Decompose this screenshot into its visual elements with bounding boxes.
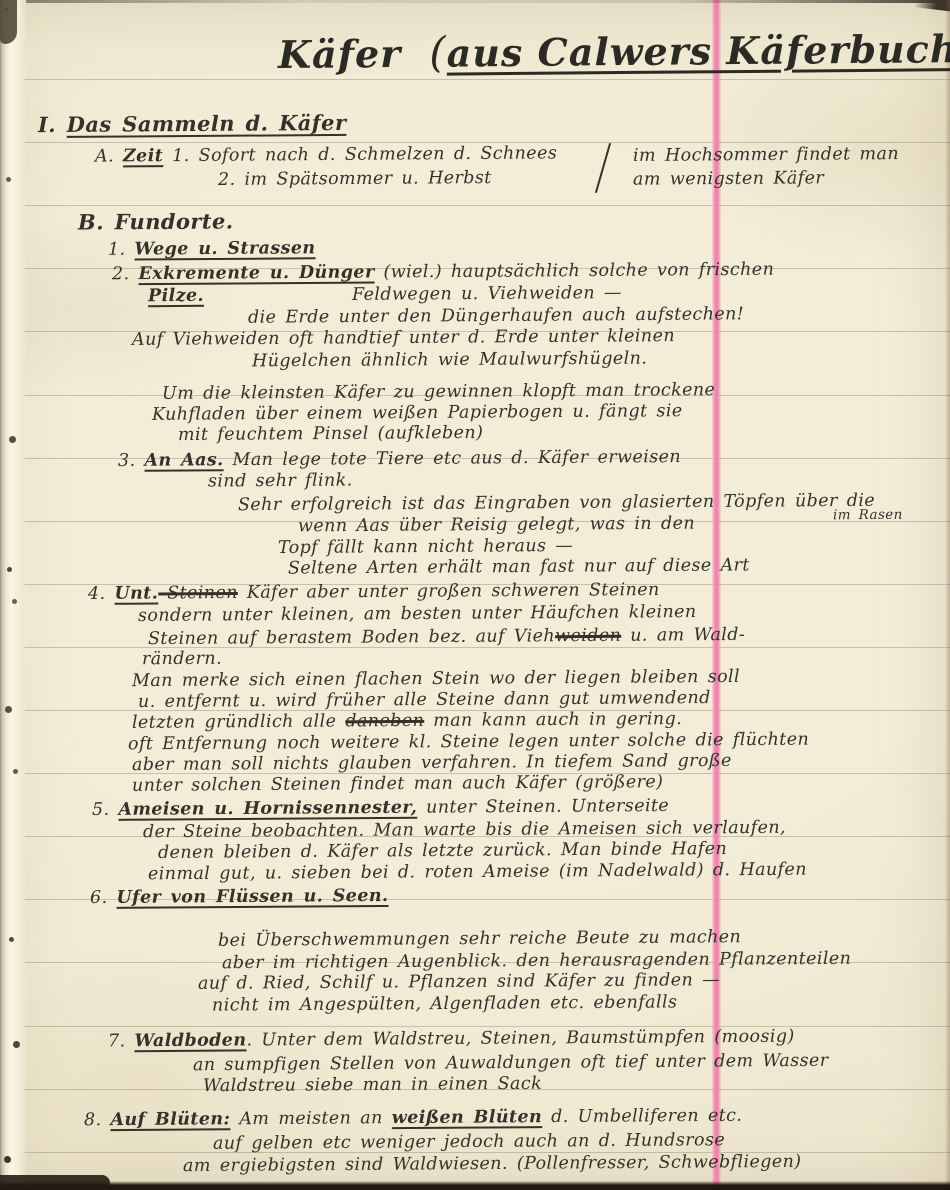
text-segment: 7. [108,1031,135,1051]
text-segment: auf gelben etc weniger jedoch auch an d.… [213,1130,725,1154]
underlined-text: Ufer von Flüssen u. Seen. [116,886,388,908]
text-segment: unter Steinen. Unterseite [417,796,669,818]
title-source: aus Calwers Käferbuch [446,26,950,75]
text-segment: die Erde unter den Düngerhaufen auch auf… [248,304,744,327]
page-top-edge [26,0,950,3]
bottom-left-corner-mark [0,1175,110,1190]
struck-text: weiden [555,626,621,646]
text-segment: 2. [112,264,139,284]
text-segment: u. entfernt u. wird früher alle Steine d… [138,688,711,712]
text-segment: bei Überschwemmungen sehr reiche Beute z… [218,927,741,951]
text-segment: sondern unter kleinen, am besten unter H… [138,602,697,626]
text-segment: am ergiebigsten sind Waldwiesen. (Pollen… [183,1152,802,1176]
handwritten-line: Steinen auf berastem Boden bez. auf Vieh… [148,625,745,649]
handwritten-line: Hügelchen ähnlich wie Maulwurfshügeln. [252,349,647,372]
text-segment: 6. [90,888,117,908]
text-segment: nicht im Angespülten, Algenfladen etc. e… [212,992,677,1015]
text-segment: an sumpfigen Stellen von Auwaldungen oft… [193,1051,829,1075]
text-segment: Feldwegen u. Viehweiden — [352,283,622,305]
binding-edge [0,0,28,1190]
text-segment: I. [38,112,67,137]
text-segment: im Hochsommer findet man [633,144,899,166]
handwritten-line: Pilze. [148,286,204,307]
handwritten-line: auf gelben etc weniger jedoch auch an d.… [213,1130,725,1154]
underlined-text: Auf Blüten: [110,1109,230,1130]
handwritten-line: B. Fundorte. [78,209,234,234]
handwritten-line: I. Das Sammeln d. Käfer [38,111,347,137]
handwritten-line: an sumpfigen Stellen von Auwaldungen oft… [193,1051,829,1076]
underlined-text: Wege u. Strassen [134,238,315,259]
ruled-line [24,1026,950,1027]
page-bottom-edge [0,1181,950,1190]
struck-text: daneben [345,711,424,732]
text-segment: am wenigsten Käfer [633,168,824,189]
handwritten-line: die Erde unter den Düngerhaufen auch auf… [248,304,744,328]
handwritten-line: 3. An Aas. Man lege tote Tiere etc aus d… [118,447,681,471]
text-segment: 5. [92,800,119,820]
page-title: Käfer(aus Calwers Käferbuch) [278,23,950,78]
text-segment: sind sehr flink. [208,470,353,491]
handwritten-line: Waldstreu siebe man in einen Sack [203,1074,542,1096]
page-right-edge [945,0,950,1190]
text-segment: 2. im Spätsommer u. Herbst [218,168,492,190]
text-segment: Auf Viehweiden oft handtief unter d. Erd… [132,326,675,350]
text-segment: aber im richtigen Augenblick. den heraus… [222,949,851,973]
handwritten-line: letzten gründlich alle daneben man kann … [132,709,682,733]
handwritten-line: Kuhfladen über einem weißen Papierbogen … [152,401,683,425]
text-segment: Waldstreu siebe man in einen Sack [203,1074,542,1096]
handwritten-line: unter solchen Steinen findet man auch Kä… [132,772,664,796]
text-segment: einmal gut, u. sieben bei d. roten Ameis… [148,860,807,885]
ruled-line [24,205,950,206]
handwritten-line: 5. Ameisen u. Hornissennester, unter Ste… [92,796,669,820]
handwritten-line: 2. Exkremente u. Dünger (wiel.) hauptsäc… [112,260,774,285]
handwritten-line: 6. Ufer von Flüssen u. Seen. [90,886,389,908]
handwritten-line: bei Überschwemmungen sehr reiche Beute z… [218,927,741,951]
handwritten-line: Feldwegen u. Viehweiden — [352,283,622,305]
text-segment: Hügelchen ähnlich wie Maulwurfshügeln. [252,349,647,372]
handwritten-line: auf d. Ried, Schilf u. Pflanzen sind Käf… [198,970,720,994]
handwritten-line: 2. im Spätsommer u. Herbst [218,168,492,190]
underlined-text: Unt. [114,584,158,604]
text-segment: Käfer aber unter großen schweren Steinen [238,580,660,603]
underlined-text: Pilze. [148,286,204,306]
handwritten-line: im Rasen [833,508,903,524]
title-main: Käfer [278,31,402,77]
text-segment: auf d. Ried, Schilf u. Pflanzen sind Käf… [198,970,720,994]
text-segment: Sehr erfolgreich ist das Eingraben von g… [238,491,875,515]
text-segment: 8. [84,1110,111,1130]
handwritten-line: Seltene Arten erhält man fast nur auf di… [288,555,750,578]
text-segment: Man lege tote Tiere etc aus d. Käfer erw… [223,447,681,470]
underlined-text: Das Sammeln d. Käfer [67,110,347,137]
handwritten-line: A. Zeit 1. Sofort nach d. Schmelzen d. S… [95,143,557,166]
handwritten-line: einmal gut, u. sieben bei d. roten Ameis… [148,860,807,885]
text-segment: unter solchen Steinen findet man auch Kä… [132,772,664,796]
text-segment: A. [95,146,123,166]
text-segment: 3. [118,451,145,471]
text-segment: Am meisten an [230,1108,392,1129]
handwritten-line: Auf Viehweiden oft handtief unter d. Erd… [132,326,675,350]
text-segment: Steinen auf berastem Boden bez. auf Vieh [148,626,555,649]
text-segment: . Unter dem Waldstreu, Steinen, Baumstüm… [246,1027,794,1051]
struck-text: Steinen [158,583,238,604]
handwritten-line: denen bleiben d. Käfer als letzte zurück… [158,839,727,863]
text-segment: u. am Wald- [621,625,745,646]
handwritten-line: mit feuchtem Pinsel (aufkleben) [178,423,483,445]
ruled-line [24,79,950,80]
text-segment: Topf fällt kann nicht heraus — [278,536,573,558]
text-segment: wenn Aas über Reisig gelegt, was in den [298,514,695,537]
brace-mark [595,143,611,194]
handwritten-line: wenn Aas über Reisig gelegt, was in den [298,514,695,537]
text-segment: Seltene Arten erhält man fast nur auf di… [288,555,750,578]
text-segment: (wiel.) hauptsächlich solche von frische… [374,260,774,283]
text-segment: 1. Sofort nach d. Schmelzen d. Schnees [163,143,557,166]
underlined-text: Exkremente u. Dünger [138,262,374,284]
handwritten-line: rändern. [142,649,222,670]
text-segment: 4. [88,584,115,604]
text-segment: B. Fundorte. [78,208,234,234]
handwritten-line: am ergiebigsten sind Waldwiesen. (Pollen… [183,1152,802,1176]
handwritten-line: Topf fällt kann nicht heraus — [278,536,573,558]
underlined-text: Zeit [123,146,163,166]
handwritten-line: Sehr erfolgreich ist das Eingraben von g… [238,491,875,516]
text-segment: im Rasen [833,507,903,523]
text-segment: rändern. [142,649,222,670]
handwritten-line: im Hochsommer findet man [633,144,899,166]
handwritten-line: Um die kleinsten Käfer zu gewinnen klopf… [162,380,715,404]
handwritten-line: 4. Unt. Steinen Käfer aber unter großen … [88,580,660,604]
text-segment: Um die kleinsten Käfer zu gewinnen klopf… [162,380,715,404]
top-left-corner-mark [0,0,17,44]
text-segment: 1. [108,240,135,260]
notebook-page: Käfer(aus Calwers Käferbuch) I. Das Samm… [0,0,950,1190]
underlined-text: Waldboden [134,1030,246,1051]
handwritten-line: aber im richtigen Augenblick. den heraus… [222,949,851,974]
handwritten-line: nicht im Angespülten, Algenfladen etc. e… [212,992,677,1015]
handwritten-line: 8. Auf Blüten: Am meisten an weißen Blüt… [84,1106,742,1131]
handwritten-line: 7. Waldboden. Unter dem Waldstreu, Stein… [108,1027,795,1052]
text-segment: mit feuchtem Pinsel (aufkleben) [178,423,483,445]
handwritten-line: 1. Wege u. Strassen [108,238,316,260]
text-segment: man kann auch in gering. [424,709,682,731]
text-segment: d. Umbelliferen etc. [542,1106,742,1127]
handwritten-line: am wenigsten Käfer [633,168,824,189]
underlined-text: An Aas. [144,450,223,471]
text-segment: denen bleiben d. Käfer als letzte zurück… [158,839,727,863]
title-paren-open: ( [429,28,447,77]
handwritten-line: sondern unter kleinen, am besten unter H… [138,602,697,626]
underlined-text: weißen Blüten [392,1107,543,1128]
handwritten-line: sind sehr flink. [208,470,353,491]
top-right-corner-mark [894,0,950,12]
underlined-text: Ameisen u. Hornissennester, [118,798,417,820]
text-segment: letzten gründlich alle [132,711,345,732]
text-segment: Kuhfladen über einem weißen Papierbogen … [152,401,683,425]
